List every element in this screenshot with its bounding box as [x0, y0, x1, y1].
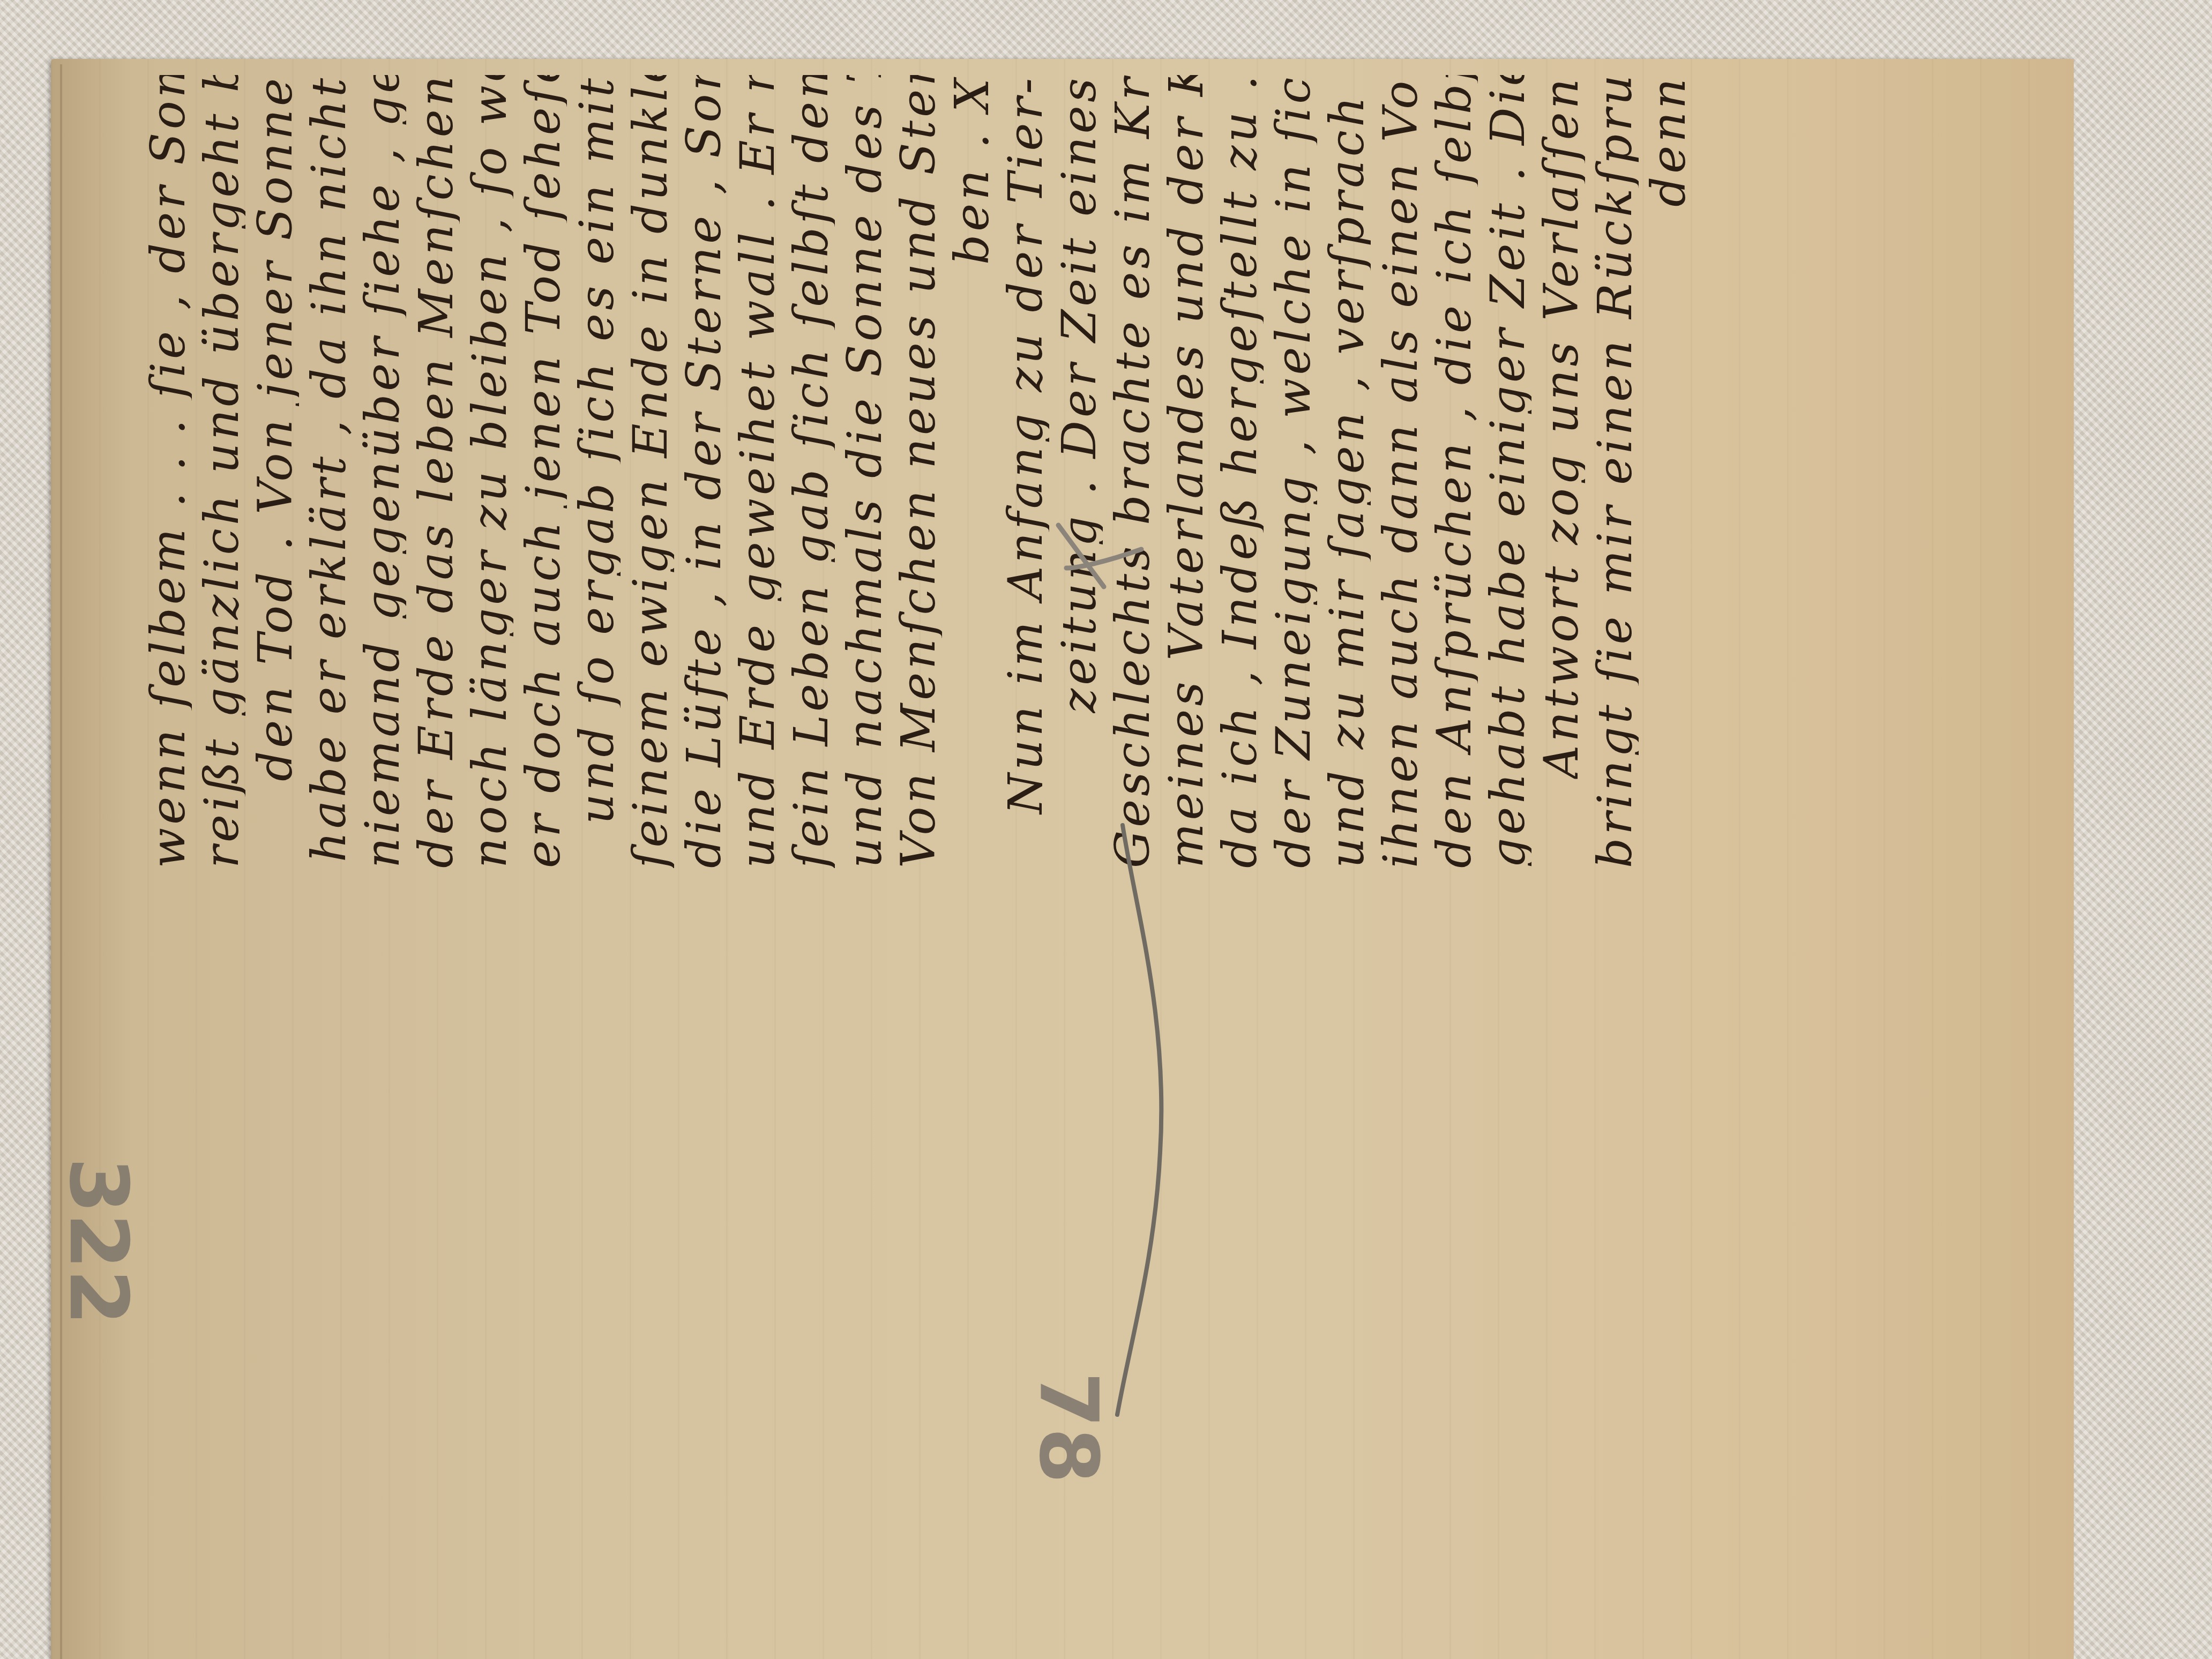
pencil-x-icon: [1058, 525, 1141, 587]
pencil-curved-line: [1117, 825, 1161, 1415]
pencil-marks: [0, 0, 2212, 1659]
